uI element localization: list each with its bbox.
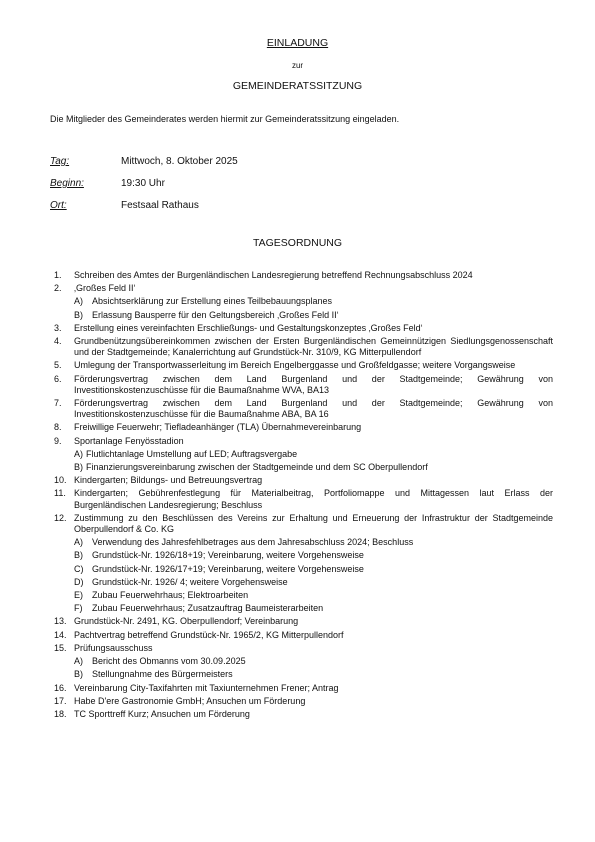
document-title: EINLADUNG bbox=[0, 37, 595, 49]
meta-label: Ort: bbox=[50, 200, 67, 211]
agenda-item: 13.Grundstück-Nr. 2491, KG. Oberpullendo… bbox=[50, 616, 553, 627]
agenda-item-text: Freiwillige Feuerwehr; Tiefladeanhänger … bbox=[74, 422, 361, 432]
agenda-subitem-letter: E) bbox=[74, 590, 83, 601]
agenda-subitem: E)Zubau Feuerwehrhaus; Elektroarbeiten bbox=[74, 590, 553, 601]
agenda-item-number: 7. bbox=[54, 398, 62, 409]
agenda-item: 15.Prüfungsausschuss bbox=[50, 643, 553, 654]
agenda-item-number: 11. bbox=[54, 488, 66, 499]
agenda-item-text: Habe D'ere Gastronomie GmbH; Ansuchen um… bbox=[74, 696, 305, 706]
agenda-item-text: Kindergarten; Gebührenfestlegung für Mat… bbox=[74, 488, 553, 509]
agenda-item-number: 8. bbox=[54, 422, 62, 433]
agenda-subitem: D)Grundstück-Nr. 1926/ 4; weitere Vorgeh… bbox=[74, 577, 553, 588]
agenda-item-text: ‚Großes Feld II‘ bbox=[74, 283, 136, 293]
agenda-item-number: 18. bbox=[54, 709, 67, 720]
agenda-subitem-letter: A) bbox=[74, 537, 83, 548]
agenda-subitem: F)Zubau Feuerwehrhaus; Zusatzauftrag Bau… bbox=[74, 603, 553, 614]
agenda-item-number: 12. bbox=[54, 513, 67, 524]
agenda-item-text: Schreiben des Amtes der Burgenländischen… bbox=[74, 270, 473, 280]
agenda-subitem-letter: B) bbox=[74, 462, 83, 472]
agenda-item-number: 15. bbox=[54, 643, 67, 654]
agenda-subitem: B)Stellungnahme des Bürgermeisters bbox=[74, 669, 553, 680]
meta-value: Festsaal Rathaus bbox=[121, 200, 199, 211]
agenda-item-number: 4. bbox=[54, 336, 62, 347]
agenda-title: TAGESORDNUNG bbox=[0, 237, 595, 249]
agenda-subitem-text: Finanzierungsvereinbarung zwischen der S… bbox=[86, 462, 428, 472]
agenda-item-number: 16. bbox=[54, 683, 67, 694]
agenda-item-text: Umlegung der Transportwasserleitung im B… bbox=[74, 360, 515, 370]
agenda-item-text: Erstellung eines vereinfachten Erschließ… bbox=[74, 323, 423, 333]
agenda-subitem-text: Zubau Feuerwehrhaus; Zusatzauftrag Baume… bbox=[92, 603, 323, 613]
agenda-subitem: B)Finanzierungsvereinbarung zwischen der… bbox=[74, 462, 553, 473]
agenda-subitem: B)Erlassung Bausperre für den Geltungsbe… bbox=[74, 310, 553, 321]
agenda-subitem-text: Stellungnahme des Bürgermeisters bbox=[92, 669, 233, 679]
agenda-subitem-text: Zubau Feuerwehrhaus; Elektroarbeiten bbox=[92, 590, 248, 600]
agenda-item-number: 10. bbox=[54, 475, 67, 486]
agenda-subitem-text: Verwendung des Jahresfehlbetrages aus de… bbox=[92, 537, 413, 547]
document-subtitle: GEMEINDERATSSITZUNG bbox=[0, 80, 595, 92]
agenda-item: 8.Freiwillige Feuerwehr; Tiefladeanhänge… bbox=[50, 422, 553, 433]
agenda-subitem: A)Absichtserklärung zur Erstellung eines… bbox=[74, 296, 553, 307]
agenda-item-number: 6. bbox=[54, 374, 62, 385]
agenda-subitem: A)Bericht des Obmanns vom 30.09.2025 bbox=[74, 656, 553, 667]
agenda-subitem-letter: A) bbox=[74, 296, 83, 307]
agenda-item-text: Förderungsvertrag zwischen dem Land Burg… bbox=[74, 398, 553, 419]
agenda-subitem-text: Grundstück-Nr. 1926/ 4; weitere Vorgehen… bbox=[92, 577, 288, 587]
meta-value: 19:30 Uhr bbox=[121, 178, 165, 189]
agenda-subitem-letter: F) bbox=[74, 603, 83, 614]
agenda-subitem-letter: B) bbox=[74, 669, 83, 680]
agenda-item: 6.Förderungsvertrag zwischen dem Land Bu… bbox=[50, 374, 553, 396]
agenda-subitem-text: Flutlichtanlage Umstellung auf LED; Auft… bbox=[86, 449, 297, 459]
meta-label: Tag: bbox=[50, 156, 69, 167]
agenda-subitem-text: Grundstück-Nr. 1926/17+19; Vereinbarung,… bbox=[92, 564, 364, 574]
agenda-subitem-text: Grundstück-Nr. 1926/18+19; Vereinbarung,… bbox=[92, 550, 364, 560]
agenda-item-number: 5. bbox=[54, 360, 62, 371]
agenda-subitem: A)Verwendung des Jahresfehlbetrages aus … bbox=[74, 537, 553, 548]
agenda-item: 7.Förderungsvertrag zwischen dem Land Bu… bbox=[50, 398, 553, 420]
agenda-item-number: 2. bbox=[54, 283, 62, 294]
agenda-item-text: TC Sporttreff Kurz; Ansuchen um Förderun… bbox=[74, 709, 250, 719]
agenda-subitem-letter: D) bbox=[74, 577, 84, 588]
agenda-item-number: 1. bbox=[54, 270, 62, 281]
agenda-item: 3.Erstellung eines vereinfachten Erschli… bbox=[50, 323, 553, 334]
agenda-list: 1.Schreiben des Amtes der Burgenländisch… bbox=[50, 270, 553, 722]
agenda-item-text: Vereinbarung City-Taxifahrten mit Taxiun… bbox=[74, 683, 338, 693]
agenda-subitem: A)Flutlichtanlage Umstellung auf LED; Au… bbox=[74, 449, 553, 460]
agenda-item-text: Zustimmung zu den Beschlüssen des Verein… bbox=[74, 513, 553, 534]
agenda-subitem-text: Absichtserklärung zur Erstellung eines T… bbox=[92, 296, 332, 306]
agenda-item-number: 14. bbox=[54, 630, 67, 641]
agenda-item: 5.Umlegung der Transportwasserleitung im… bbox=[50, 360, 553, 371]
agenda-item-text: Prüfungsausschuss bbox=[74, 643, 153, 653]
intro-text: Die Mitglieder des Gemeinderates werden … bbox=[50, 114, 399, 124]
agenda-subitem-letter: B) bbox=[74, 550, 83, 561]
agenda-item: 10.Kindergarten; Bildungs- und Betreuung… bbox=[50, 475, 553, 486]
agenda-subitem-letter: A) bbox=[74, 656, 83, 667]
agenda-item: 12.Zustimmung zu den Beschlüssen des Ver… bbox=[50, 513, 553, 535]
agenda-item-text: Grundstück-Nr. 2491, KG. Oberpullendorf;… bbox=[74, 616, 298, 626]
agenda-item: 16.Vereinbarung City-Taxifahrten mit Tax… bbox=[50, 683, 553, 694]
agenda-item: 4.Grundbenützungsübereinkommen zwischen … bbox=[50, 336, 553, 358]
agenda-item-number: 17. bbox=[54, 696, 67, 707]
agenda-item: 9.Sportanlage Fenyösstadion bbox=[50, 436, 553, 447]
agenda-item-text: Kindergarten; Bildungs- und Betreuungsve… bbox=[74, 475, 262, 485]
agenda-item: 11.Kindergarten; Gebührenfestlegung für … bbox=[50, 488, 553, 510]
agenda-subitem: B)Grundstück-Nr. 1926/18+19; Vereinbarun… bbox=[74, 550, 553, 561]
agenda-item-number: 3. bbox=[54, 323, 62, 334]
title-connector: zur bbox=[0, 61, 595, 70]
agenda-item: 14.Pachtvertrag betreffend Grundstück-Nr… bbox=[50, 630, 553, 641]
agenda-item: 1.Schreiben des Amtes der Burgenländisch… bbox=[50, 270, 553, 281]
meta-label: Beginn: bbox=[50, 178, 84, 189]
agenda-subitem-text: Erlassung Bausperre für den Geltungsbere… bbox=[92, 310, 339, 320]
agenda-subitem: C)Grundstück-Nr. 1926/17+19; Vereinbarun… bbox=[74, 564, 553, 575]
agenda-item-number: 9. bbox=[54, 436, 62, 447]
agenda-subitem-letter: B) bbox=[74, 310, 83, 321]
agenda-item: 2.‚Großes Feld II‘ bbox=[50, 283, 553, 294]
agenda-item: 17.Habe D'ere Gastronomie GmbH; Ansuchen… bbox=[50, 696, 553, 707]
agenda-item-number: 13. bbox=[54, 616, 67, 627]
agenda-subitem-letter: A) bbox=[74, 449, 83, 459]
agenda-item-text: Förderungsvertrag zwischen dem Land Burg… bbox=[74, 374, 553, 395]
meta-value: Mittwoch, 8. Oktober 2025 bbox=[121, 156, 238, 167]
agenda-item-text: Pachtvertrag betreffend Grundstück-Nr. 1… bbox=[74, 630, 343, 640]
agenda-item: 18.TC Sporttreff Kurz; Ansuchen um Förde… bbox=[50, 709, 553, 720]
agenda-item-text: Sportanlage Fenyösstadion bbox=[74, 436, 184, 446]
agenda-subitem-letter: C) bbox=[74, 564, 84, 575]
agenda-subitem-text: Bericht des Obmanns vom 30.09.2025 bbox=[92, 656, 246, 666]
agenda-item-text: Grundbenützungsübereinkommen zwischen de… bbox=[74, 336, 553, 357]
